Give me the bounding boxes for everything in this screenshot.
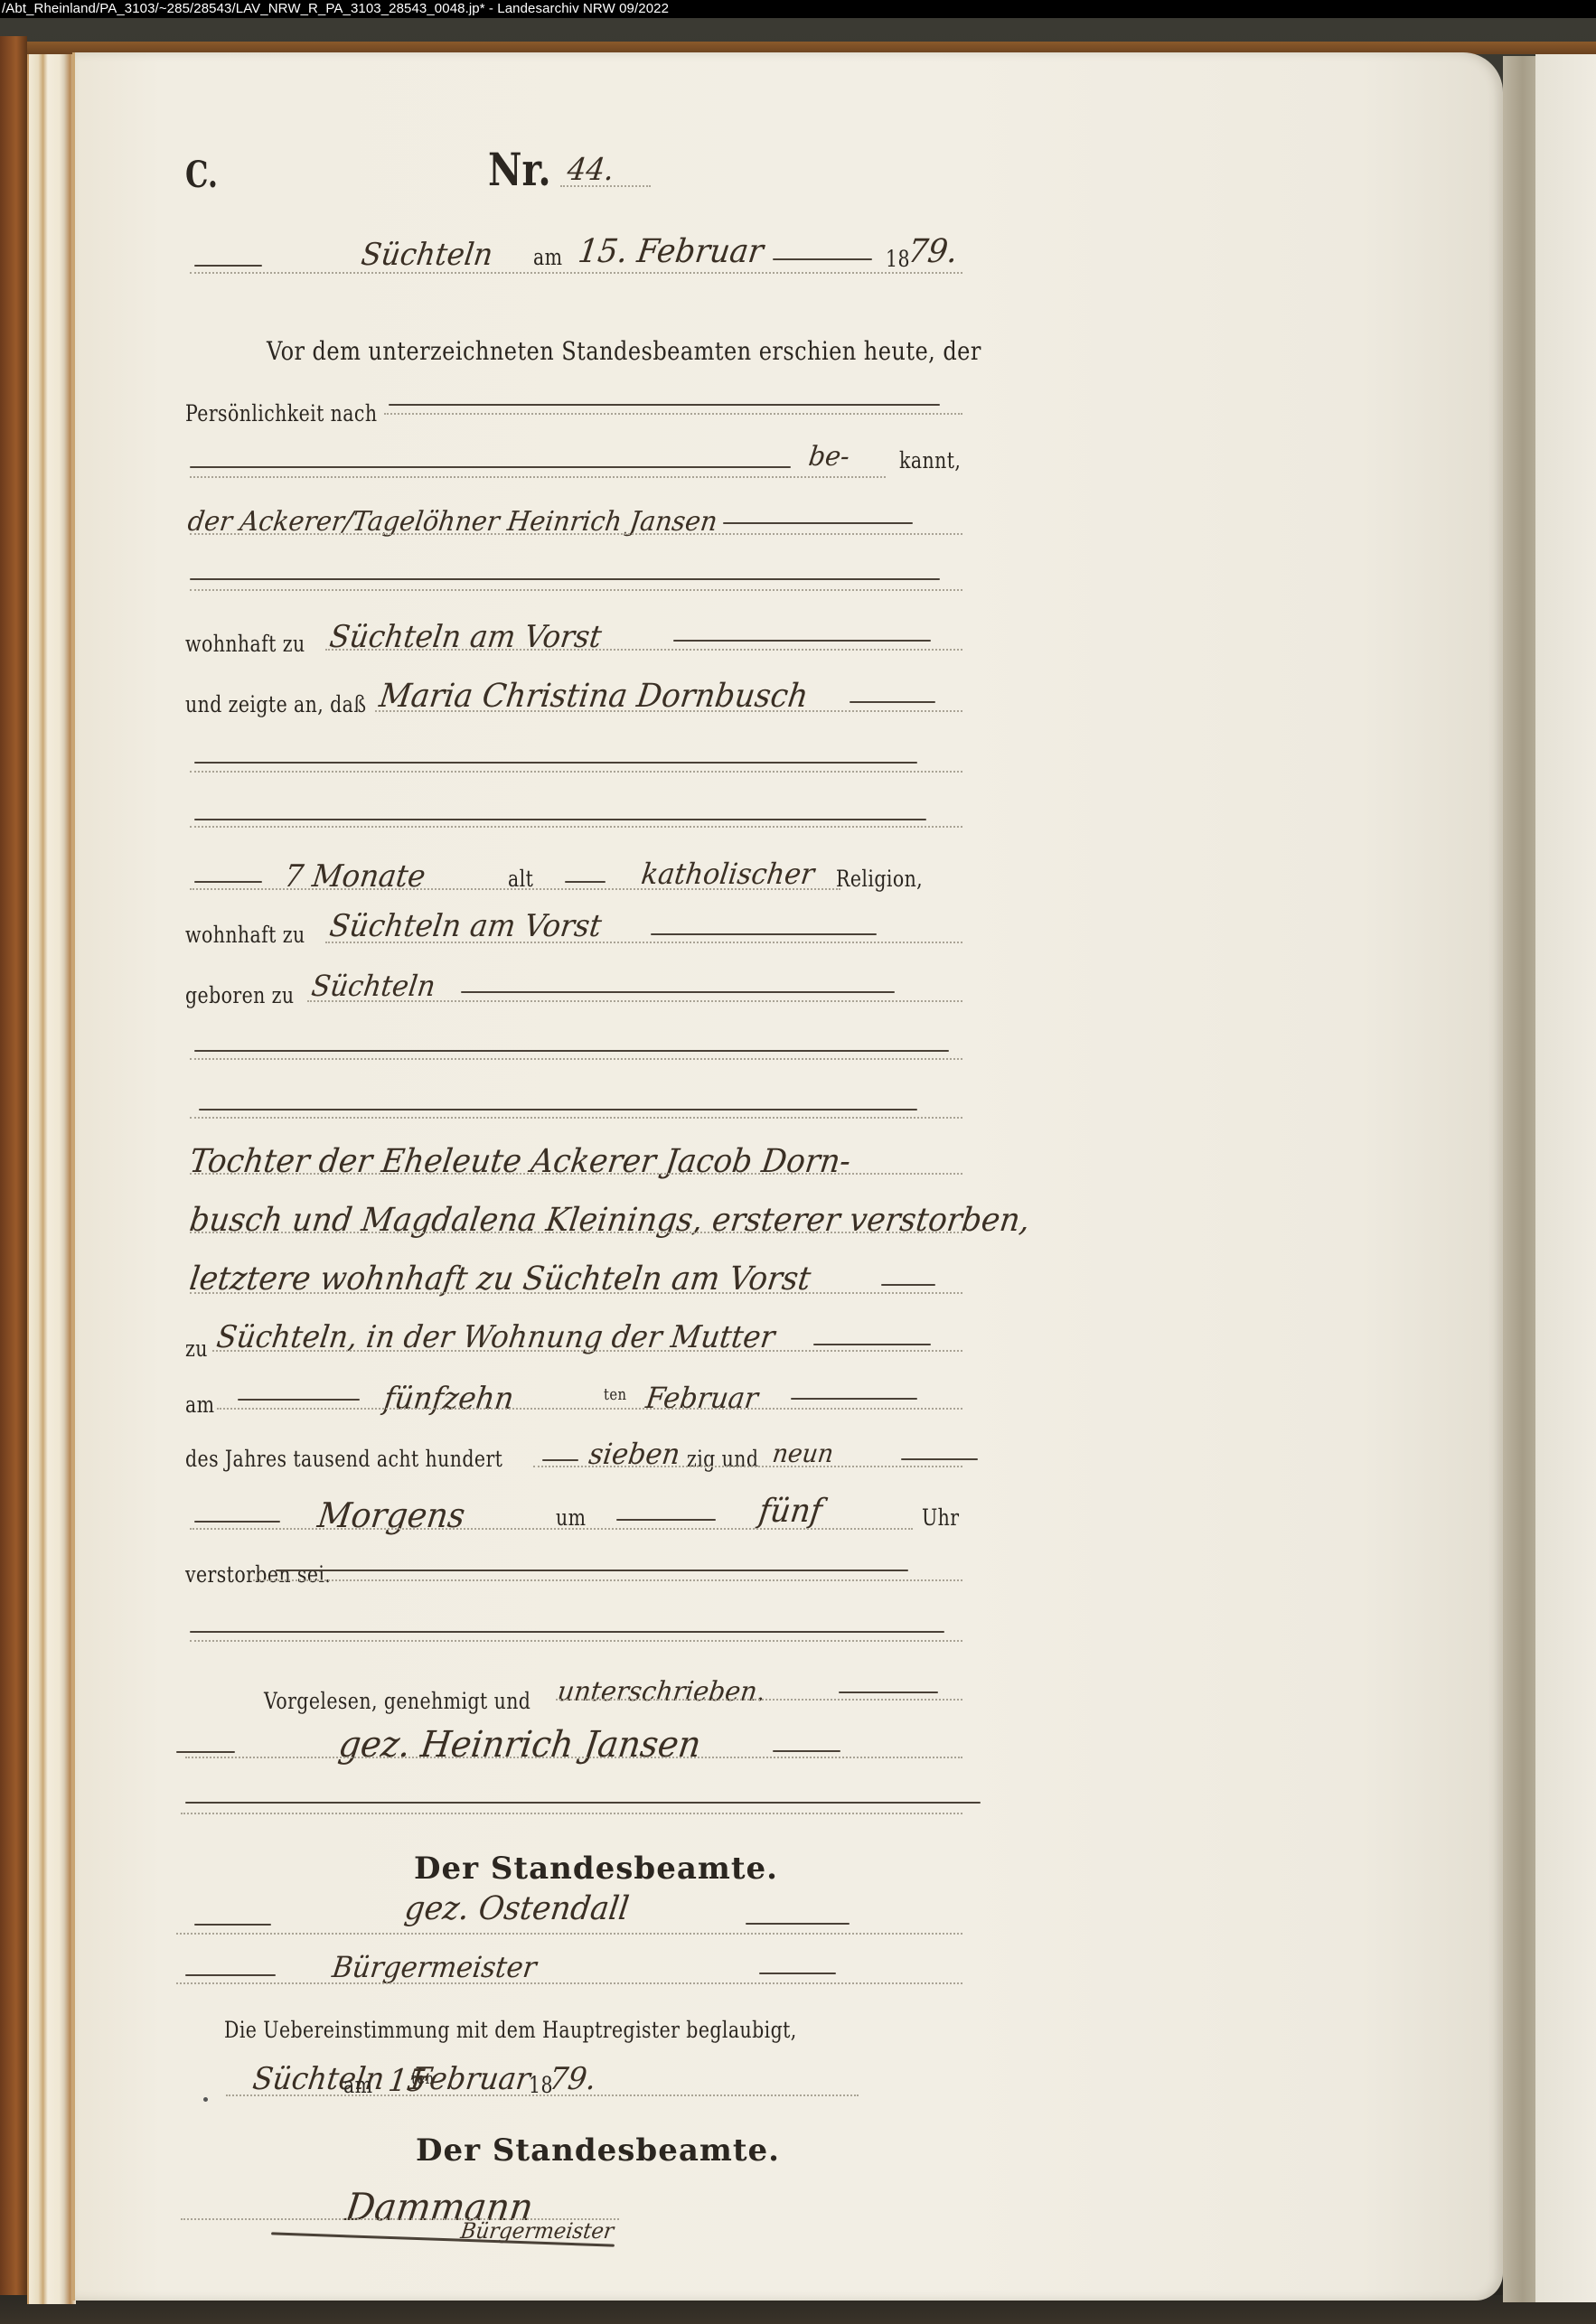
time-line — [190, 1528, 913, 1530]
read-line — [556, 1699, 962, 1701]
fill-line — [238, 1399, 360, 1401]
deceased-residence: Süchteln am Vorst — [327, 908, 604, 944]
fill-line — [190, 1631, 944, 1633]
record-place: Süchteln — [359, 237, 494, 273]
date-line — [190, 272, 962, 274]
death-month: Februar — [643, 1381, 760, 1415]
year-text-units: neun — [771, 1438, 836, 1468]
informant-line — [190, 533, 962, 535]
year-text-line — [533, 1466, 962, 1467]
fill-line — [746, 1923, 850, 1925]
certification-month: Februar — [408, 2061, 532, 2097]
certification-signature-line — [181, 2218, 619, 2220]
official-title-line — [176, 1982, 962, 1984]
fill-line — [190, 466, 791, 468]
fill-line — [839, 1691, 938, 1693]
informant-residence-line — [325, 649, 962, 651]
death-day-label: am — [185, 1392, 214, 1418]
informant-signature-line — [185, 1757, 962, 1758]
fill-line — [773, 1750, 840, 1752]
fill-line — [194, 1924, 271, 1926]
blank-line — [190, 1117, 962, 1119]
certification-text: Die Uebereinstimmung mit dem Hauptregist… — [224, 2017, 797, 2043]
time-um-label: um — [556, 1504, 586, 1531]
known-print: kannt, — [899, 447, 961, 473]
deceased-residence-label: wohnhaft zu — [185, 922, 305, 948]
blank-line — [190, 589, 962, 591]
fill-line — [276, 1570, 908, 1571]
parents-line — [190, 1292, 962, 1294]
informant-residence-label: wohnhaft zu — [185, 631, 305, 657]
birthplace-line — [307, 1000, 962, 1002]
fill-line — [194, 762, 917, 764]
time-uhr-label: Uhr — [922, 1504, 960, 1531]
certification-heading: Der Standesbeamte. — [416, 2132, 780, 2169]
record-date: 15. Februar — [576, 233, 765, 270]
fill-line — [461, 991, 895, 993]
read-hand: unterschrieben. — [556, 1676, 767, 1708]
fill-line — [185, 1974, 276, 1976]
official-heading: Der Standesbeamte. — [414, 1851, 778, 1887]
fill-line — [791, 1398, 917, 1400]
record-number-label: Nr. — [488, 143, 551, 196]
record-number-line — [560, 185, 651, 187]
blank-line — [190, 1058, 962, 1060]
fill-line — [389, 404, 940, 406]
blank-line — [190, 771, 962, 773]
religion-label: Religion, — [836, 866, 923, 892]
known-hand: be- — [807, 441, 851, 473]
death-place-label: zu — [185, 1335, 208, 1362]
fill-line — [194, 1521, 280, 1523]
birthplace: Süchteln — [309, 969, 437, 1003]
fill-line — [881, 1284, 935, 1286]
year-text-zig: zig und — [687, 1446, 758, 1472]
official-signature-line — [176, 1933, 962, 1935]
died-line — [253, 1579, 962, 1581]
blank-line — [190, 1640, 962, 1642]
fill-line — [616, 1519, 716, 1521]
fill-line — [723, 522, 913, 524]
parents-line — [190, 1232, 962, 1233]
deceased-residence-line — [325, 942, 962, 943]
age-line — [190, 888, 840, 890]
date-prefix: am — [533, 244, 562, 270]
intro-text: Vor dem unterzeichneten Standesbeamten e… — [267, 336, 981, 366]
fill-line — [194, 819, 926, 820]
fill-line — [651, 933, 877, 935]
fill-line — [185, 1802, 981, 1804]
fill-line — [813, 1344, 931, 1345]
fill-line — [565, 881, 606, 883]
official-title: Bürgermeister — [330, 1950, 538, 1984]
birthplace-label: geboren zu — [185, 982, 294, 1008]
identity-line — [384, 413, 962, 415]
read-label: Vorgelesen, genehmigt und — [264, 1688, 530, 1714]
known-line — [190, 476, 886, 478]
report-label: und zeigte an, daß — [185, 691, 366, 717]
parents-line — [190, 1173, 962, 1175]
death-day-line — [217, 1408, 962, 1410]
died-label: verstorben sei. — [185, 1561, 331, 1588]
blank-line — [190, 826, 962, 828]
identity-label: Persönlichkeit nach — [185, 400, 377, 426]
fill-line — [194, 881, 262, 883]
record-number-value: 44. — [565, 152, 616, 188]
fill-line — [194, 1050, 949, 1052]
death-place-line — [212, 1350, 962, 1352]
ink-speck — [203, 2097, 208, 2102]
fill-line — [673, 640, 931, 642]
series-letter: C. — [185, 154, 218, 196]
death-day: fünfzehn — [381, 1381, 516, 1417]
fill-line — [199, 1109, 917, 1110]
fill-line — [901, 1458, 978, 1460]
fill-line — [850, 701, 935, 703]
time-hour: fünf — [756, 1493, 824, 1530]
fill-line — [542, 1459, 578, 1461]
certification-year-suffix: 79. — [547, 2061, 598, 2097]
deceased-name-line — [375, 710, 962, 712]
official-signature: gez. Ostendall — [402, 1890, 631, 1927]
deceased-name: Maria Christina Dornbusch — [377, 678, 810, 715]
death-record-form: C. Nr. 44. Süchteln am 15. Februar 18 79… — [0, 0, 1596, 2324]
year-text-label: des Jahres tausend acht hundert — [185, 1446, 502, 1472]
year-suffix: 79. — [906, 233, 960, 270]
fill-line — [759, 1973, 836, 1974]
certification-date-line — [226, 2094, 859, 2096]
fill-line — [190, 578, 940, 580]
blank-line — [181, 1813, 962, 1814]
fill-line — [194, 265, 262, 267]
death-day-suffix: ten — [604, 1385, 626, 1404]
informant-signature: gez. Heinrich Jansen — [336, 1724, 703, 1766]
fill-line — [176, 1751, 235, 1753]
fill-line — [773, 258, 872, 260]
religion-value: katholischer — [639, 857, 816, 891]
